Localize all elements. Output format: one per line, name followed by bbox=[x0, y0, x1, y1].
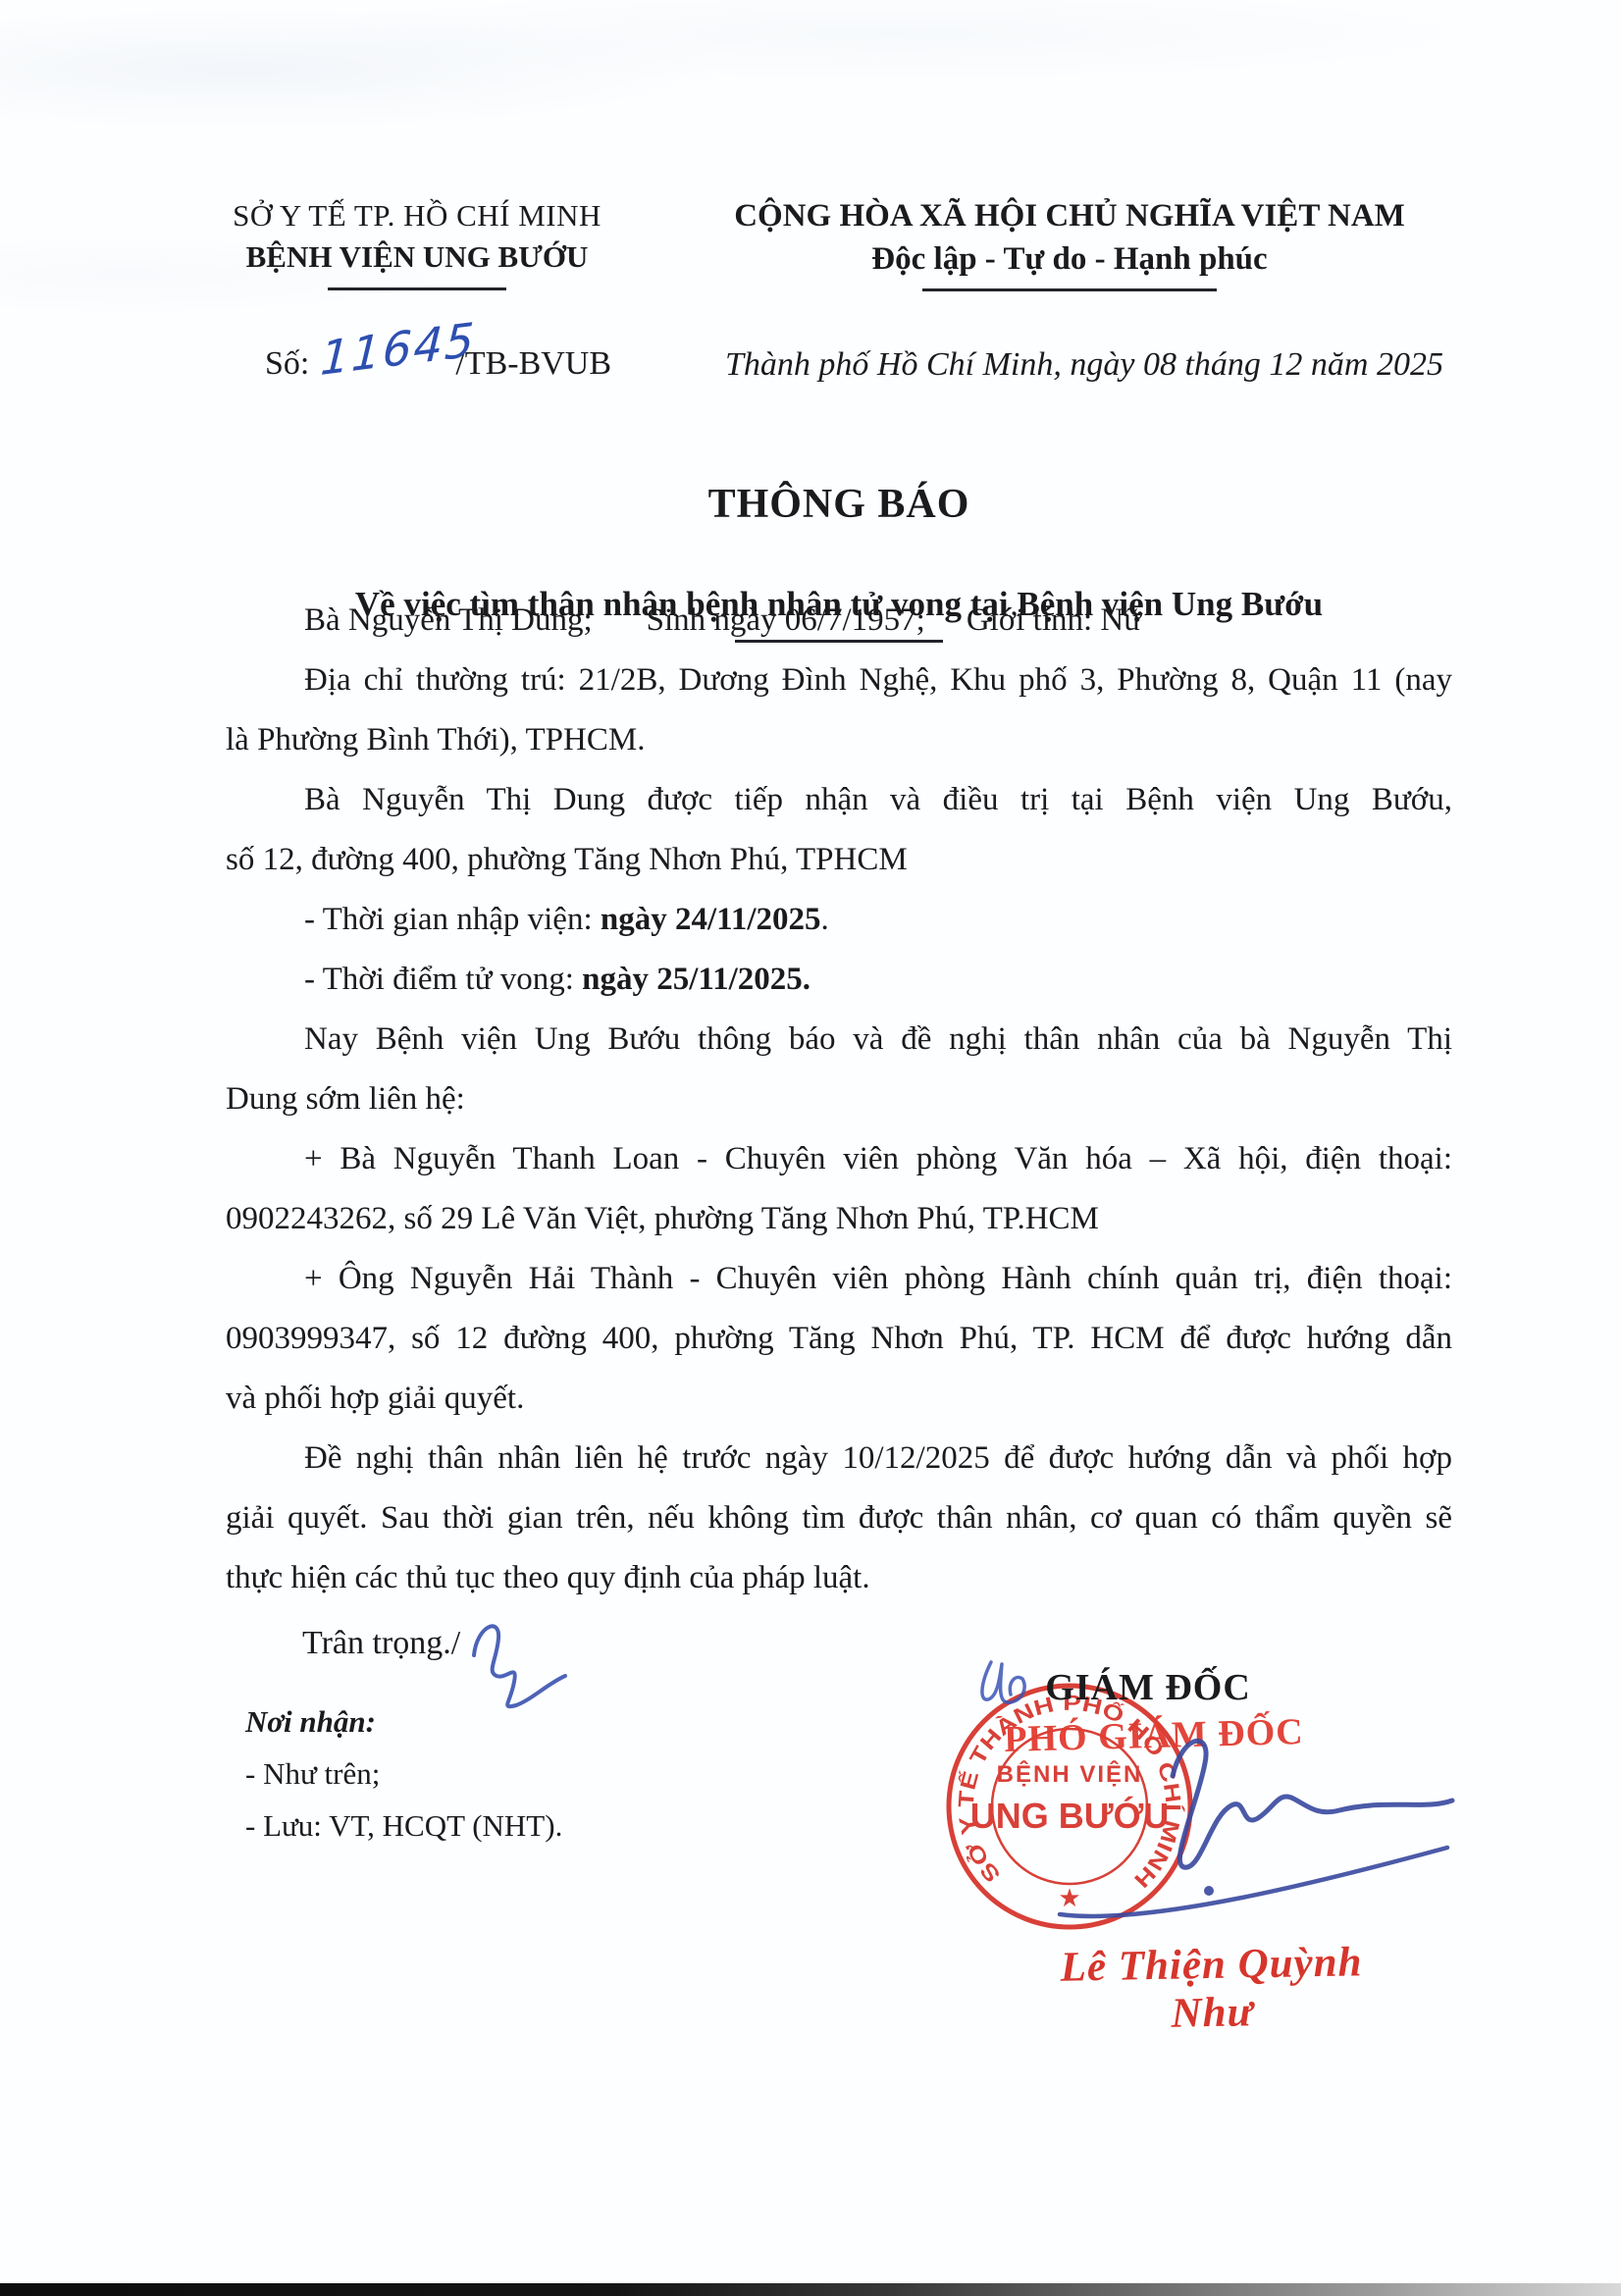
body-line: Nay Bệnh viện Ung Bướu thông báo và đề n… bbox=[226, 1010, 1452, 1070]
pen-mark bbox=[967, 1650, 1045, 1729]
closing-salutation: Trân trọng./ bbox=[302, 1625, 460, 1662]
motto-underline bbox=[922, 288, 1217, 291]
patient-info-line: Bà Nguyễn Thị Dung;Sinh ngày 06/7/1957;G… bbox=[226, 591, 1452, 651]
recipients-block: Nơi nhận: - Như trên; - Lưu: VT, HCQT (N… bbox=[245, 1704, 562, 1844]
recipient-item: - Lưu: VT, HCQT (NHT). bbox=[245, 1808, 562, 1844]
pen-initials-mark bbox=[449, 1611, 577, 1719]
patient-name: Bà Nguyễn Thị Dung; bbox=[304, 602, 593, 638]
patient-gender: Giới tính: Nữ bbox=[967, 602, 1141, 638]
body-line-admission-date: - Thời gian nhập viện: ngày 24/11/2025. bbox=[226, 890, 1452, 950]
body-line-death-date: - Thời điểm tử vong: ngày 25/11/2025. bbox=[226, 950, 1452, 1010]
body-line: Dung sớm liên hệ: bbox=[226, 1070, 1452, 1129]
body-line: và phối hợp giải quyết. bbox=[226, 1369, 1452, 1429]
national-title: CỘNG HÒA XÃ HỘI CHỦ NGHĨA VIỆT NAM bbox=[726, 198, 1413, 235]
doc-number-handwritten: 11645 bbox=[319, 313, 477, 387]
document-number-line: Số: 11645 /TB-BVUB bbox=[265, 345, 611, 383]
patient-dob: Sinh ngày 06/7/1957; bbox=[647, 602, 925, 638]
body-line: là Phường Bình Thới), TPHCM. bbox=[226, 710, 1452, 770]
recipients-heading: Nơi nhận: bbox=[245, 1704, 562, 1740]
letterhead-underline bbox=[328, 287, 506, 290]
body-line-contact-2-phone: 0903999347, số 12 đường 400, phường Tăng… bbox=[226, 1309, 1452, 1369]
parent-department: SỞ Y TẾ TP. HỒ CHÍ MINH bbox=[221, 198, 613, 234]
body-line-deadline: Đề nghị thân nhân liên hệ trước ngày 10/… bbox=[226, 1429, 1452, 1488]
letter-body: Bà Nguyễn Thị Dung;Sinh ngày 06/7/1957;G… bbox=[226, 591, 1452, 1608]
document-title: THÔNG BÁO bbox=[226, 481, 1452, 528]
body-line-contact-2: + Ông Nguyễn Hải Thành - Chuyên viên phò… bbox=[226, 1249, 1452, 1309]
scan-edge-artifact bbox=[0, 2283, 1621, 2296]
hospital-name: BỆNH VIỆN UNG BƯỚU bbox=[221, 239, 613, 275]
body-line-contact-1: + Bà Nguyễn Thanh Loan - Chuyên viên phò… bbox=[226, 1129, 1452, 1189]
signature-scrawl bbox=[1001, 1722, 1472, 1928]
body-line: Bà Nguyễn Thị Dung được tiếp nhận và điề… bbox=[226, 770, 1452, 830]
national-motto: Độc lập - Tự do - Hạnh phúc bbox=[726, 241, 1413, 278]
recipient-item: - Như trên; bbox=[245, 1756, 562, 1792]
body-line: giải quyết. Sau thời gian trên, nếu khôn… bbox=[226, 1488, 1452, 1548]
body-line: số 12, đường 400, phường Tăng Nhơn Phú, … bbox=[226, 830, 1452, 890]
doc-number-suffix: /TB-BVUB bbox=[455, 345, 611, 382]
body-line-contact-1-phone: 0902243262, số 29 Lê Văn Việt, phường Tă… bbox=[226, 1189, 1452, 1249]
body-line: thực hiện các thủ tục theo quy định của … bbox=[226, 1548, 1452, 1608]
place-date-line: Thành phố Hồ Chí Minh, ngày 08 tháng 12 … bbox=[706, 346, 1462, 384]
letterhead-issuing-org: SỞ Y TẾ TP. HỒ CHÍ MINH BỆNH VIỆN UNG BƯ… bbox=[221, 198, 613, 290]
signer-name: Lê Thiện Quỳnh Như bbox=[1015, 1938, 1409, 2041]
national-header: CỘNG HÒA XÃ HỘI CHỦ NGHĨA VIỆT NAM Độc l… bbox=[726, 198, 1413, 291]
scanned-official-letter: SỞ Y TẾ TP. HỒ CHÍ MINH BỆNH VIỆN UNG BƯ… bbox=[0, 0, 1621, 2296]
body-line: Địa chỉ thường trú: 21/2B, Dương Đình Ng… bbox=[226, 651, 1452, 710]
doc-number-label: Số: bbox=[265, 345, 309, 382]
